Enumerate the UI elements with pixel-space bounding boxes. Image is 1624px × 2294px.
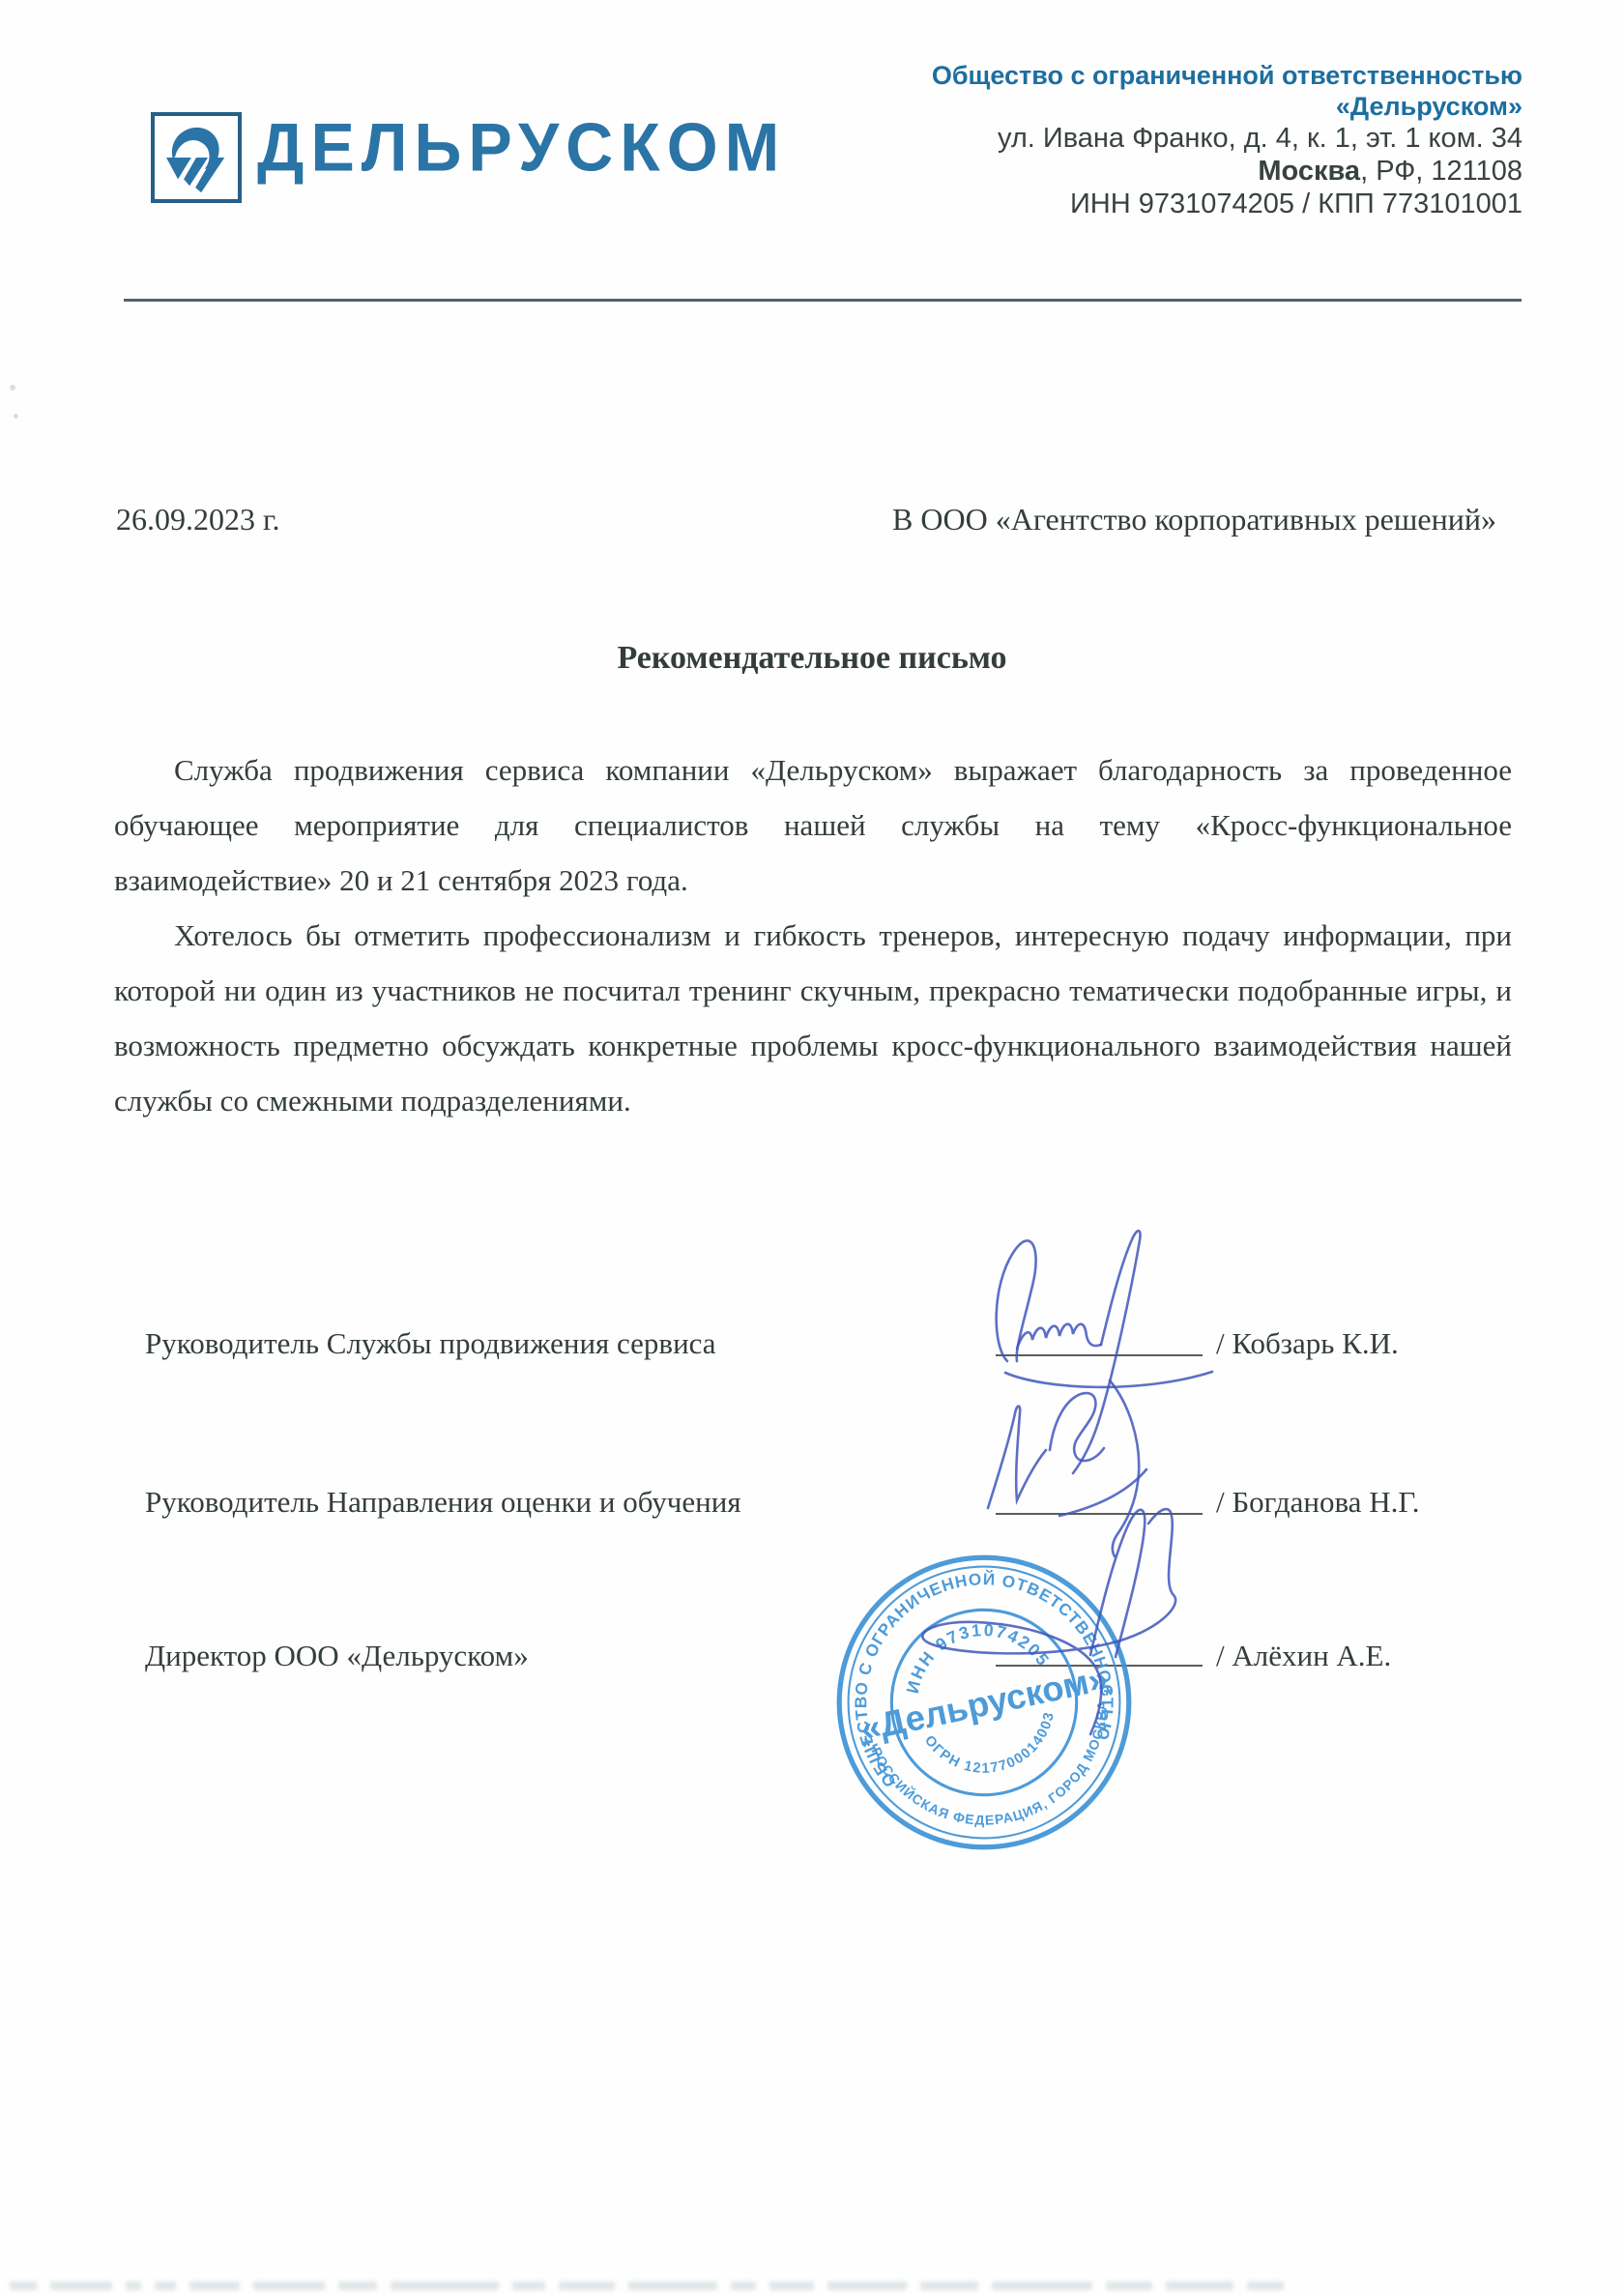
header-divider bbox=[124, 299, 1522, 302]
signature-role: Руководитель Службы продвижения сервиса bbox=[145, 1326, 716, 1361]
letter-addressee: В ООО «Агентство корпоративных решений» bbox=[892, 502, 1496, 537]
letter-body: Служба продвижения сервиса компании «Дел… bbox=[114, 742, 1512, 1128]
company-address: ул. Ивана Франко, д. 4, к. 1, эт. 1 ком.… bbox=[932, 122, 1522, 155]
company-city-line: Москва, РФ, 121108 bbox=[932, 155, 1522, 188]
swoosh-bird-icon bbox=[155, 116, 238, 199]
company-form-line: Общество с ограниченной ответственностью bbox=[932, 60, 1522, 91]
signature-scribble-kobzar bbox=[997, 1231, 1212, 1473]
scan-speck bbox=[14, 414, 18, 419]
signature-role: Директор ООО «Дельруском» bbox=[145, 1639, 529, 1673]
company-name-line: «Дельруском» bbox=[932, 91, 1522, 122]
company-inn-kpp: ИНН 9731074205 / КПП 773101001 bbox=[932, 188, 1522, 220]
paragraph: Служба продвижения сервиса компании «Дел… bbox=[114, 742, 1512, 908]
logo-wordmark: ДЕЛЬРУСКОМ bbox=[257, 108, 786, 187]
signature-role: Руководитель Направления оценки и обучен… bbox=[145, 1485, 741, 1520]
logo-icon bbox=[151, 112, 242, 203]
company-zip: , РФ, 121108 bbox=[1360, 156, 1522, 187]
paragraph: Хотелось бы отметить профессионализм и г… bbox=[114, 908, 1512, 1128]
signature-scribble-bogdanova bbox=[988, 1380, 1146, 1556]
scan-artifact-strip bbox=[10, 2279, 1614, 2292]
scan-speck bbox=[10, 385, 15, 391]
letter-title: Рекомендательное письмо bbox=[0, 640, 1624, 677]
letter-page: ДЕЛЬРУСКОМ Общество с ограниченной ответ… bbox=[0, 0, 1624, 2294]
letter-date: 26.09.2023 г. bbox=[116, 502, 280, 537]
company-details-block: Общество с ограниченной ответственностью… bbox=[932, 60, 1522, 220]
signature-scribble-alyokhin bbox=[922, 1509, 1175, 1734]
signature-scribbles bbox=[870, 1199, 1295, 1798]
company-city: Москва bbox=[1258, 156, 1360, 187]
